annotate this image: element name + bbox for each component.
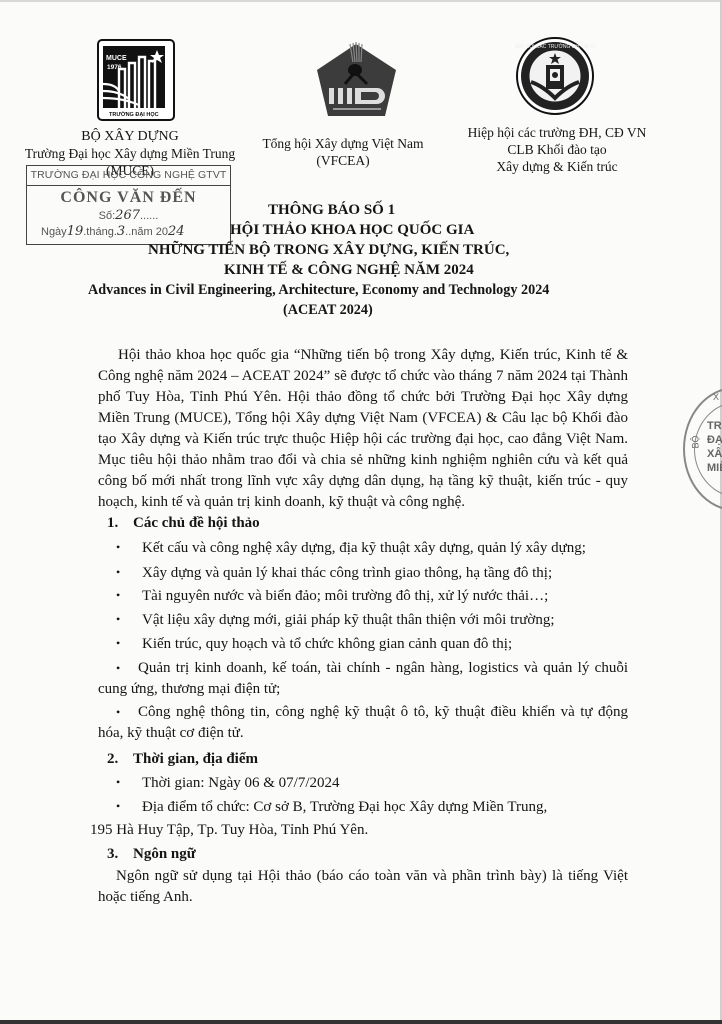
section-title: Ngôn ngữ xyxy=(133,846,196,862)
list-item: •Địa điểm tổ chức: Cơ sở B, Trường Đại h… xyxy=(116,799,547,816)
conference-acronym: (ACEAT 2024) xyxy=(283,302,373,319)
vfcea-logo-icon xyxy=(315,40,398,118)
list-item: •Kiến trúc, quy hoạch và tổ chức không g… xyxy=(116,636,512,653)
bullet-icon: • xyxy=(116,588,142,603)
list-item: •Công nghệ thông tin, công nghệ kỹ thuật… xyxy=(98,702,628,744)
list-item: •Tài nguyên nước và biển đảo; môi trường… xyxy=(116,588,548,605)
stamp-number-label: Số: xyxy=(99,210,116,222)
list-item: •Xây dựng và quản lý khai thác công trìn… xyxy=(116,565,552,582)
list-item-text: Tài nguyên nước và biển đảo; môi trường … xyxy=(142,588,548,604)
seal-line: MIỀN xyxy=(707,461,722,475)
org-association: Hiệp hội các trường ĐH, CĐ VN CLB Khối đ… xyxy=(452,124,662,175)
seal-top-text: X xyxy=(713,392,719,402)
stamp-year-label: ..năm 20 xyxy=(125,226,168,238)
bullet-icon: • xyxy=(116,612,142,627)
university-association-seal-icon: HIỆP HỘI CÁC TRƯỜNG ĐH, CĐ VN xyxy=(515,36,595,116)
bullet-icon: • xyxy=(116,658,138,679)
bullet-icon: • xyxy=(116,540,142,555)
stamp-number-value: 267 xyxy=(115,208,140,223)
vfcea-name: Tổng hội Xây dựng Việt Nam xyxy=(258,135,428,152)
association-name: Hiệp hội các trường ĐH, CĐ VN xyxy=(452,124,662,141)
svg-text:MUCE: MUCE xyxy=(106,55,127,62)
stamp-date-line: Ngày19.tháng.3..năm 2024 xyxy=(41,224,230,239)
scan-bottom-edge xyxy=(0,1020,722,1024)
stamp-month-label: .tháng. xyxy=(83,226,117,238)
university-name: Trường Đại học Xây dựng Miền Trung xyxy=(20,145,240,162)
title-line-1: HỘI THẢO KHOA HỌC QUỐC GIA xyxy=(230,222,474,239)
document-page: MUCE 1976 TRƯỜNG ĐẠI HỌC xyxy=(0,0,722,1024)
bullet-icon: • xyxy=(116,775,142,790)
section-number: 2. xyxy=(107,751,133,768)
bullet-icon: • xyxy=(116,565,142,580)
bullet-icon: • xyxy=(116,702,138,723)
list-item: •Thời gian: Ngày 06 & 07/7/2024 xyxy=(116,775,340,792)
title-line-2: NHỮNG TIẾN BỘ TRONG XÂY DỰNG, KIẾN TRÚC, xyxy=(148,242,509,259)
list-item: •Quản trị kinh doanh, kế toán, tài chính… xyxy=(98,658,628,700)
seal-line: ĐẠ xyxy=(707,433,722,447)
title-line-3: KINH TẾ & CÔNG NGHỆ NĂM 2024 xyxy=(224,262,474,279)
section-heading: 1.Các chủ đề hội thảo xyxy=(107,515,260,532)
intro-paragraph: Hội thảo khoa học quốc gia “Những tiến b… xyxy=(98,345,628,513)
stamp-number-line: Số:267...... xyxy=(27,208,230,223)
seal-text: TR ĐẠ XÂY MIỀN xyxy=(707,419,722,475)
vfcea-acronym: (VFCEA) xyxy=(258,152,428,169)
stamp-institution: TRƯỜNG ĐẠI HỌC CÔNG NGHỆ GTVT xyxy=(27,166,230,186)
seal-line: TR xyxy=(707,419,722,433)
official-seal: X BỘ TR ĐẠ XÂY MIỀN xyxy=(683,387,722,511)
english-title: Advances in Civil Engineering, Architect… xyxy=(88,282,549,299)
list-item-text: Thời gian: Ngày 06 & 07/7/2024 xyxy=(142,775,340,791)
address-continuation: 195 Hà Huy Tập, Tp. Tuy Hòa, Tỉnh Phú Yê… xyxy=(90,822,368,839)
section-heading: 2.Thời gian, địa điểm xyxy=(107,751,258,768)
list-item-text: Xây dựng và quản lý khai thác công trình… xyxy=(142,565,552,581)
stamp-month-value: 3 xyxy=(117,224,125,239)
list-item-text: Quản trị kinh doanh, kế toán, tài chính … xyxy=(98,660,628,697)
svg-text:HIỆP HỘI CÁC TRƯỜNG ĐH, CĐ VN: HIỆP HỘI CÁC TRƯỜNG ĐH, CĐ VN xyxy=(515,42,595,50)
notice-number: THÔNG BÁO SỐ 1 xyxy=(268,202,395,219)
ministry-name: BỘ XÂY DỰNG xyxy=(20,128,240,145)
svg-text:TRƯỜNG ĐẠI HỌC: TRƯỜNG ĐẠI HỌC xyxy=(109,110,159,118)
club-name: CLB Khối đào tạo xyxy=(452,141,662,158)
list-item: •Vật liệu xây dựng mới, giải pháp kỹ thu… xyxy=(116,612,555,629)
seal-line: XÂY xyxy=(707,447,722,461)
list-item: •Kết cấu và công nghệ xây dựng, địa kỹ t… xyxy=(116,540,586,557)
section-number: 1. xyxy=(107,515,133,532)
list-item-text: Công nghệ thông tin, công nghệ kỹ thuật … xyxy=(98,704,628,741)
section-title: Các chủ đề hội thảo xyxy=(133,515,260,531)
bullet-icon: • xyxy=(116,636,142,651)
list-item-text: Kiến trúc, quy hoạch và tổ chức không gi… xyxy=(142,636,512,652)
language-paragraph: Ngôn ngữ sử dụng tại Hội thảo (báo cáo t… xyxy=(98,866,628,908)
stamp-title: CÔNG VĂN ĐẾN xyxy=(27,189,230,207)
org-vfcea: Tổng hội Xây dựng Việt Nam (VFCEA) xyxy=(258,135,428,169)
svg-text:1976: 1976 xyxy=(107,64,122,71)
section-heading: 3.Ngôn ngữ xyxy=(107,846,196,863)
stamp-number-fill: ...... xyxy=(140,210,158,222)
stamp-day-label: Ngày xyxy=(41,226,67,238)
bullet-icon: • xyxy=(116,799,142,814)
list-item-text: Địa điểm tổ chức: Cơ sở B, Trường Đại họ… xyxy=(142,799,547,815)
club-field: Xây dựng & Kiến trúc xyxy=(452,158,662,175)
list-item-text: Kết cấu và công nghệ xây dựng, địa kỹ th… xyxy=(142,540,586,556)
scan-top-edge xyxy=(0,0,722,2)
stamp-year-value: 24 xyxy=(168,224,185,239)
received-stamp: TRƯỜNG ĐẠI HỌC CÔNG NGHỆ GTVT CÔNG VĂN Đ… xyxy=(26,165,231,245)
section-title: Thời gian, địa điểm xyxy=(133,751,258,767)
stamp-day-value: 19 xyxy=(67,224,84,239)
list-item-text: Vật liệu xây dựng mới, giải pháp kỹ thuậ… xyxy=(142,612,555,628)
muce-logo-icon: MUCE 1976 TRƯỜNG ĐẠI HỌC xyxy=(97,39,175,121)
section-number: 3. xyxy=(107,846,133,863)
